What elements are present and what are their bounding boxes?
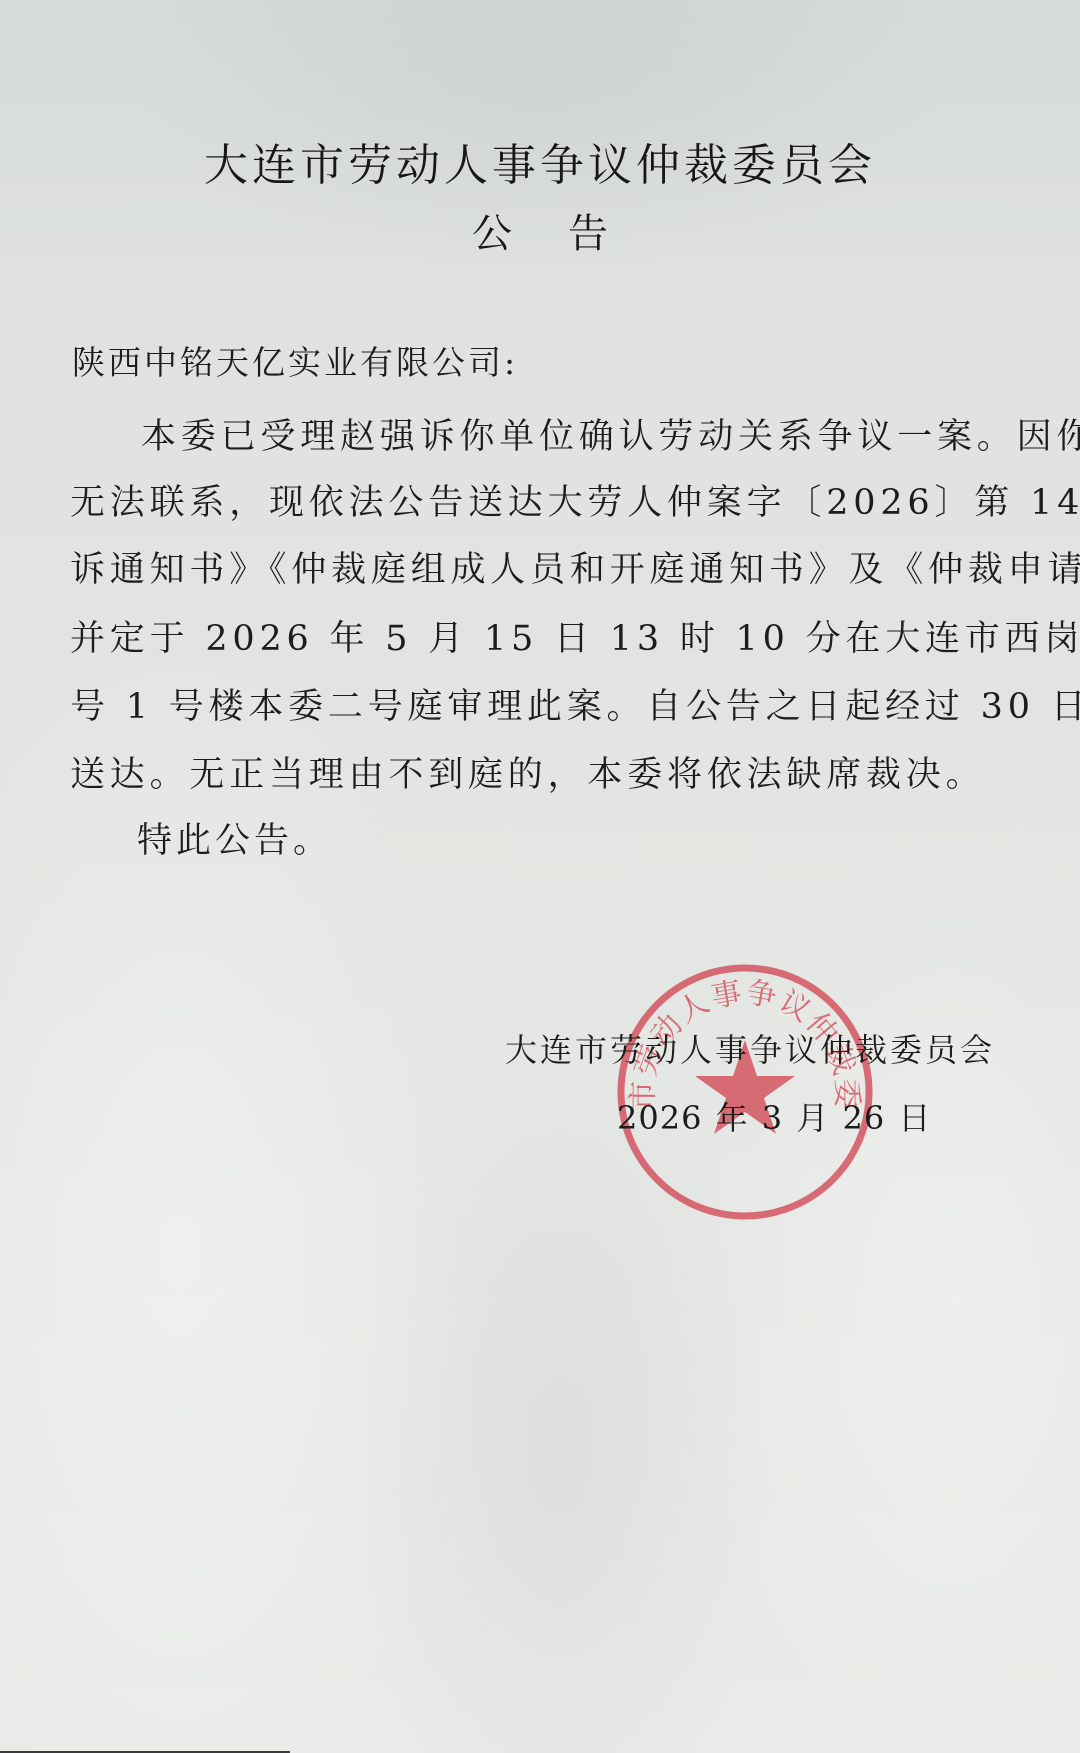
addressee: 陕西中铭天亿实业有限公司: <box>72 346 518 379</box>
issue-date: 2026 年 3 月 26 日 <box>617 1102 931 1134</box>
body-line-1: 本委已受理赵强诉你单位确认劳动关系争议一案。因你单位 <box>141 420 1080 455</box>
seal-icon: 大连市劳动人事争议仲裁委员会 <box>615 962 875 1222</box>
body-line-2: 无法联系，现依法公告送达大劳人仲案字〔2026〕第 146 号的《应 <box>70 486 1080 521</box>
heading-char-1: 公 <box>472 214 512 254</box>
paper-texture <box>0 0 1080 1753</box>
body-line-3: 诉通知书》《仲裁庭组成人员和开庭通知书》及《仲裁申请书》, <box>70 553 1080 588</box>
body-line-5: 号 1 号楼本委二号庭审理此案。自公告之日起经过 30 日即视为 <box>70 690 1080 725</box>
heading-char-2: 告 <box>568 214 608 254</box>
closing-statement: 特此公告。 <box>137 824 332 859</box>
official-seal-stamp: 大连市劳动人事争议仲裁委员会 <box>615 962 875 1222</box>
body-line-4: 并定于 2026 年 5 月 15 日 13 时 10 分在大连市西岗区长春路 … <box>70 622 1080 657</box>
document-type-heading: 公告 <box>0 214 1080 254</box>
issuer-title: 大连市劳动人事争议仲裁委员会 <box>0 144 1080 188</box>
body-line-6: 送达。无正当理由不到庭的，本委将依法缺席裁决。 <box>70 758 985 793</box>
issuer-signature: 大连市劳动人事争议仲裁委员会 <box>505 1034 995 1066</box>
